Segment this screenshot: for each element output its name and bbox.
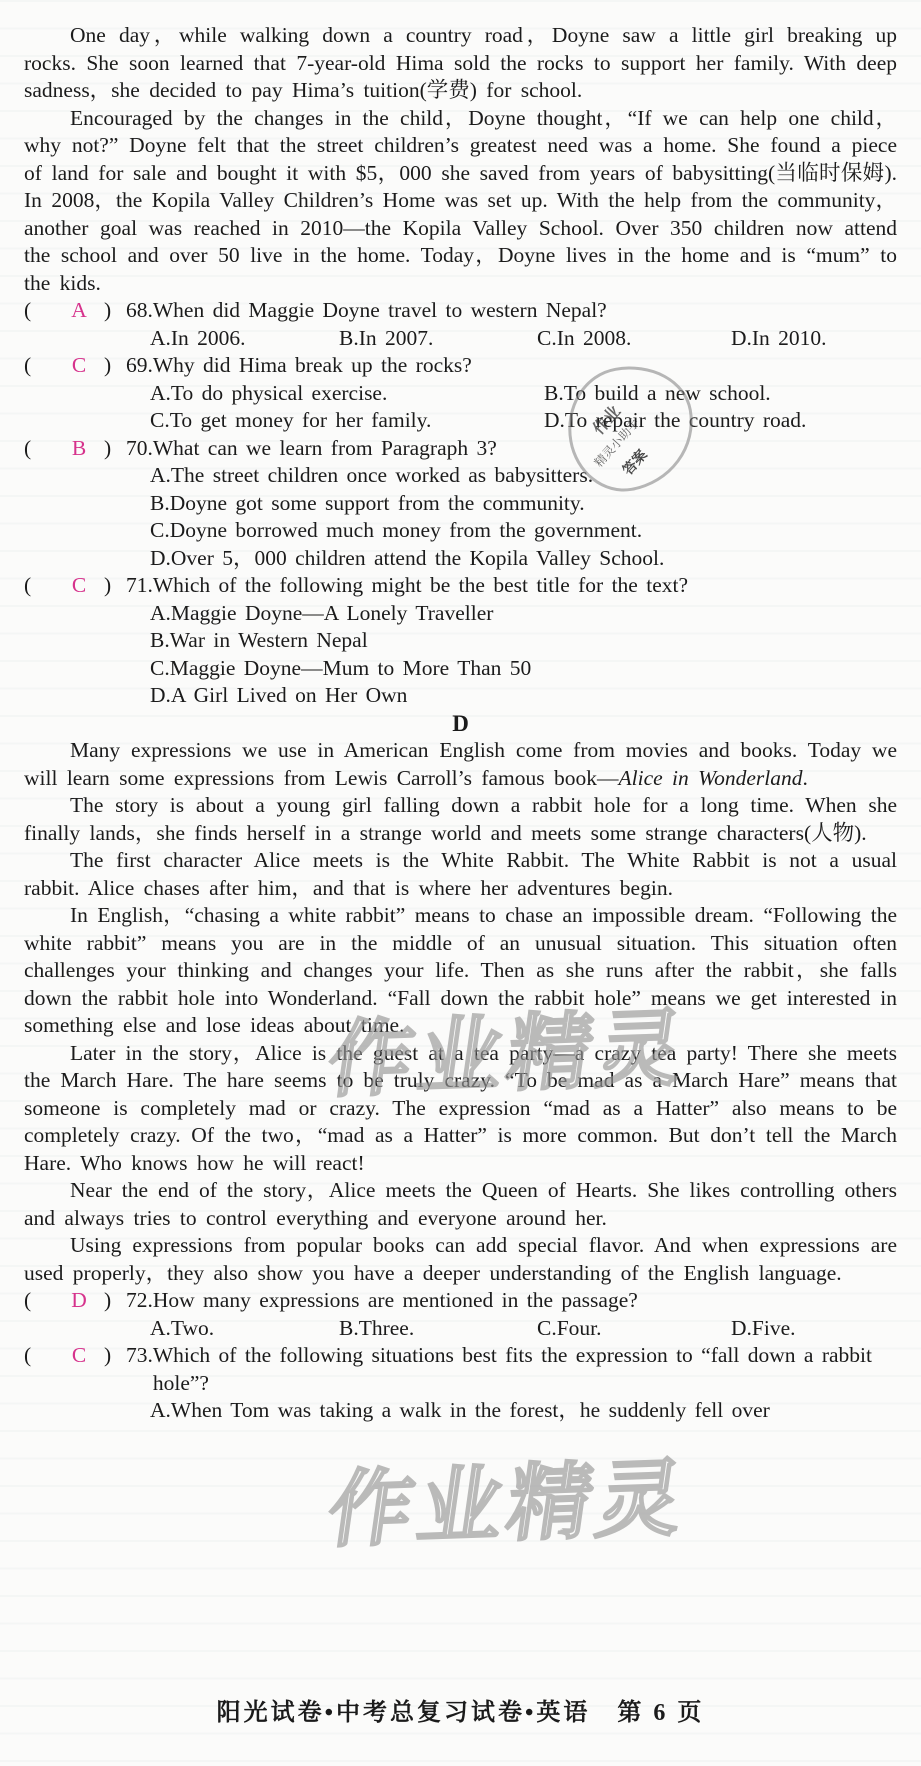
question-68: (A)68.When did Maggie Doyne travel to we… — [24, 297, 897, 352]
exam-page: One day，while walking down a country roa… — [0, 0, 921, 1766]
option: A.The street children once worked as bab… — [150, 462, 897, 490]
option: A.Maggie Doyne—A Lonely Traveller — [150, 600, 897, 628]
option: B.War in Western Nepal — [150, 627, 897, 655]
right-paren: ) — [104, 572, 126, 600]
question-69: (C)69.Why did Hima break up the rocks? A… — [24, 352, 897, 435]
option: B.To build a new school. — [544, 380, 897, 408]
left-paren: ( — [24, 352, 54, 380]
question-line: (C)71.Which of the following might be th… — [24, 572, 897, 600]
option: A.To do physical exercise. — [150, 380, 544, 408]
option: A.Two. — [150, 1315, 339, 1343]
question-text: Which of the following might be the best… — [153, 572, 897, 600]
passage-paragraph: The story is about a young girl falling … — [24, 792, 897, 847]
left-paren: ( — [24, 1342, 54, 1370]
answer-letter: C — [54, 1342, 104, 1370]
answer-letter: C — [54, 572, 104, 600]
option: C.To get money for her family. — [150, 407, 544, 435]
options-list: A.The street children once worked as bab… — [150, 462, 897, 572]
option: A.In 2006. — [150, 325, 339, 353]
question-line: (D)72.How many expressions are mentioned… — [24, 1287, 897, 1315]
question-text: Which of the following situations best f… — [153, 1342, 897, 1397]
options-row: A.In 2006. B.In 2007. C.In 2008. D.In 20… — [150, 325, 897, 353]
question-text: Why did Hima break up the rocks? — [153, 352, 897, 380]
option: D.To repair the country road. — [544, 407, 897, 435]
question-number: 72. — [126, 1287, 153, 1315]
left-paren: ( — [24, 297, 54, 325]
passage-paragraph: Many expressions we use in American Engl… — [24, 737, 897, 792]
question-text: What can we learn from Paragraph 3? — [153, 435, 897, 463]
option: A.When Tom was taking a walk in the fore… — [150, 1397, 897, 1425]
left-paren: ( — [24, 435, 54, 463]
answer-letter: A — [54, 297, 104, 325]
question-number: 69. — [126, 352, 153, 380]
question-text: When did Maggie Doyne travel to western … — [153, 297, 897, 325]
watermark-text: 作业精灵 — [323, 1456, 693, 1552]
option: B.Three. — [339, 1315, 537, 1343]
question-text: How many expressions are mentioned in th… — [153, 1287, 897, 1315]
question-70: (B)70.What can we learn from Paragraph 3… — [24, 435, 897, 573]
option: B.Doyne got some support from the commun… — [150, 490, 897, 518]
question-line: (C)69.Why did Hima break up the rocks? — [24, 352, 897, 380]
question-line: (B)70.What can we learn from Paragraph 3… — [24, 435, 897, 463]
options-list: A.Maggie Doyne—A Lonely Traveller B.War … — [150, 600, 897, 710]
option: C.In 2008. — [537, 325, 731, 353]
question-number: 73. — [126, 1342, 153, 1370]
option: D.In 2010. — [731, 325, 897, 353]
right-paren: ) — [104, 435, 126, 463]
question-number: 70. — [126, 435, 153, 463]
passage-paragraph: One day，while walking down a country roa… — [24, 22, 897, 105]
passage-paragraph: In English，“chasing a white rabbit” mean… — [24, 902, 897, 1040]
answer-letter: C — [54, 352, 104, 380]
book-title-italic: Alice in Wonderland — [619, 766, 803, 790]
options-row: C.To get money for her family. D.To repa… — [150, 407, 897, 435]
option: B.In 2007. — [339, 325, 537, 353]
right-paren: ) — [104, 352, 126, 380]
option: D.A Girl Lived on Her Own — [150, 682, 897, 710]
passage-paragraph: Later in the story，Alice is the guest at… — [24, 1040, 897, 1178]
left-paren: ( — [24, 572, 54, 600]
options-row: A.Two. B.Three. C.Four. D.Five. — [150, 1315, 897, 1343]
page-footer: 阳光试卷•中考总复习试卷•英语 第 6 页 — [0, 1700, 921, 1728]
paragraph-text: . — [802, 766, 807, 790]
option: D.Over 5，000 children attend the Kopila … — [150, 545, 897, 573]
passage-paragraph: Encouraged by the changes in the child，D… — [24, 105, 897, 298]
question-73: (C)73.Which of the following situations … — [24, 1342, 897, 1425]
option: C.Maggie Doyne—Mum to More Than 50 — [150, 655, 897, 683]
option: C.Doyne borrowed much money from the gov… — [150, 517, 897, 545]
section-d-heading: D — [24, 710, 897, 738]
passage-c: One day，while walking down a country roa… — [24, 22, 897, 297]
question-72: (D)72.How many expressions are mentioned… — [24, 1287, 897, 1342]
passage-paragraph: Using expressions from popular books can… — [24, 1232, 897, 1287]
passage-d: Many expressions we use in American Engl… — [24, 737, 897, 1287]
answer-letter: D — [54, 1287, 104, 1315]
right-paren: ) — [104, 1287, 126, 1315]
passage-paragraph: The first character Alice meets is the W… — [24, 847, 897, 902]
option: D.Five. — [731, 1315, 897, 1343]
question-71: (C)71.Which of the following might be th… — [24, 572, 897, 710]
right-paren: ) — [104, 297, 126, 325]
answer-letter: B — [54, 435, 104, 463]
question-number: 71. — [126, 572, 153, 600]
question-line: (C)73.Which of the following situations … — [24, 1342, 897, 1397]
passage-paragraph: Near the end of the story，Alice meets th… — [24, 1177, 897, 1232]
left-paren: ( — [24, 1287, 54, 1315]
question-line: (A)68.When did Maggie Doyne travel to we… — [24, 297, 897, 325]
option: C.Four. — [537, 1315, 731, 1343]
options-row: A.To do physical exercise. B.To build a … — [150, 380, 897, 408]
question-number: 68. — [126, 297, 153, 325]
right-paren: ) — [104, 1342, 126, 1370]
options-list: A.When Tom was taking a walk in the fore… — [150, 1397, 897, 1425]
